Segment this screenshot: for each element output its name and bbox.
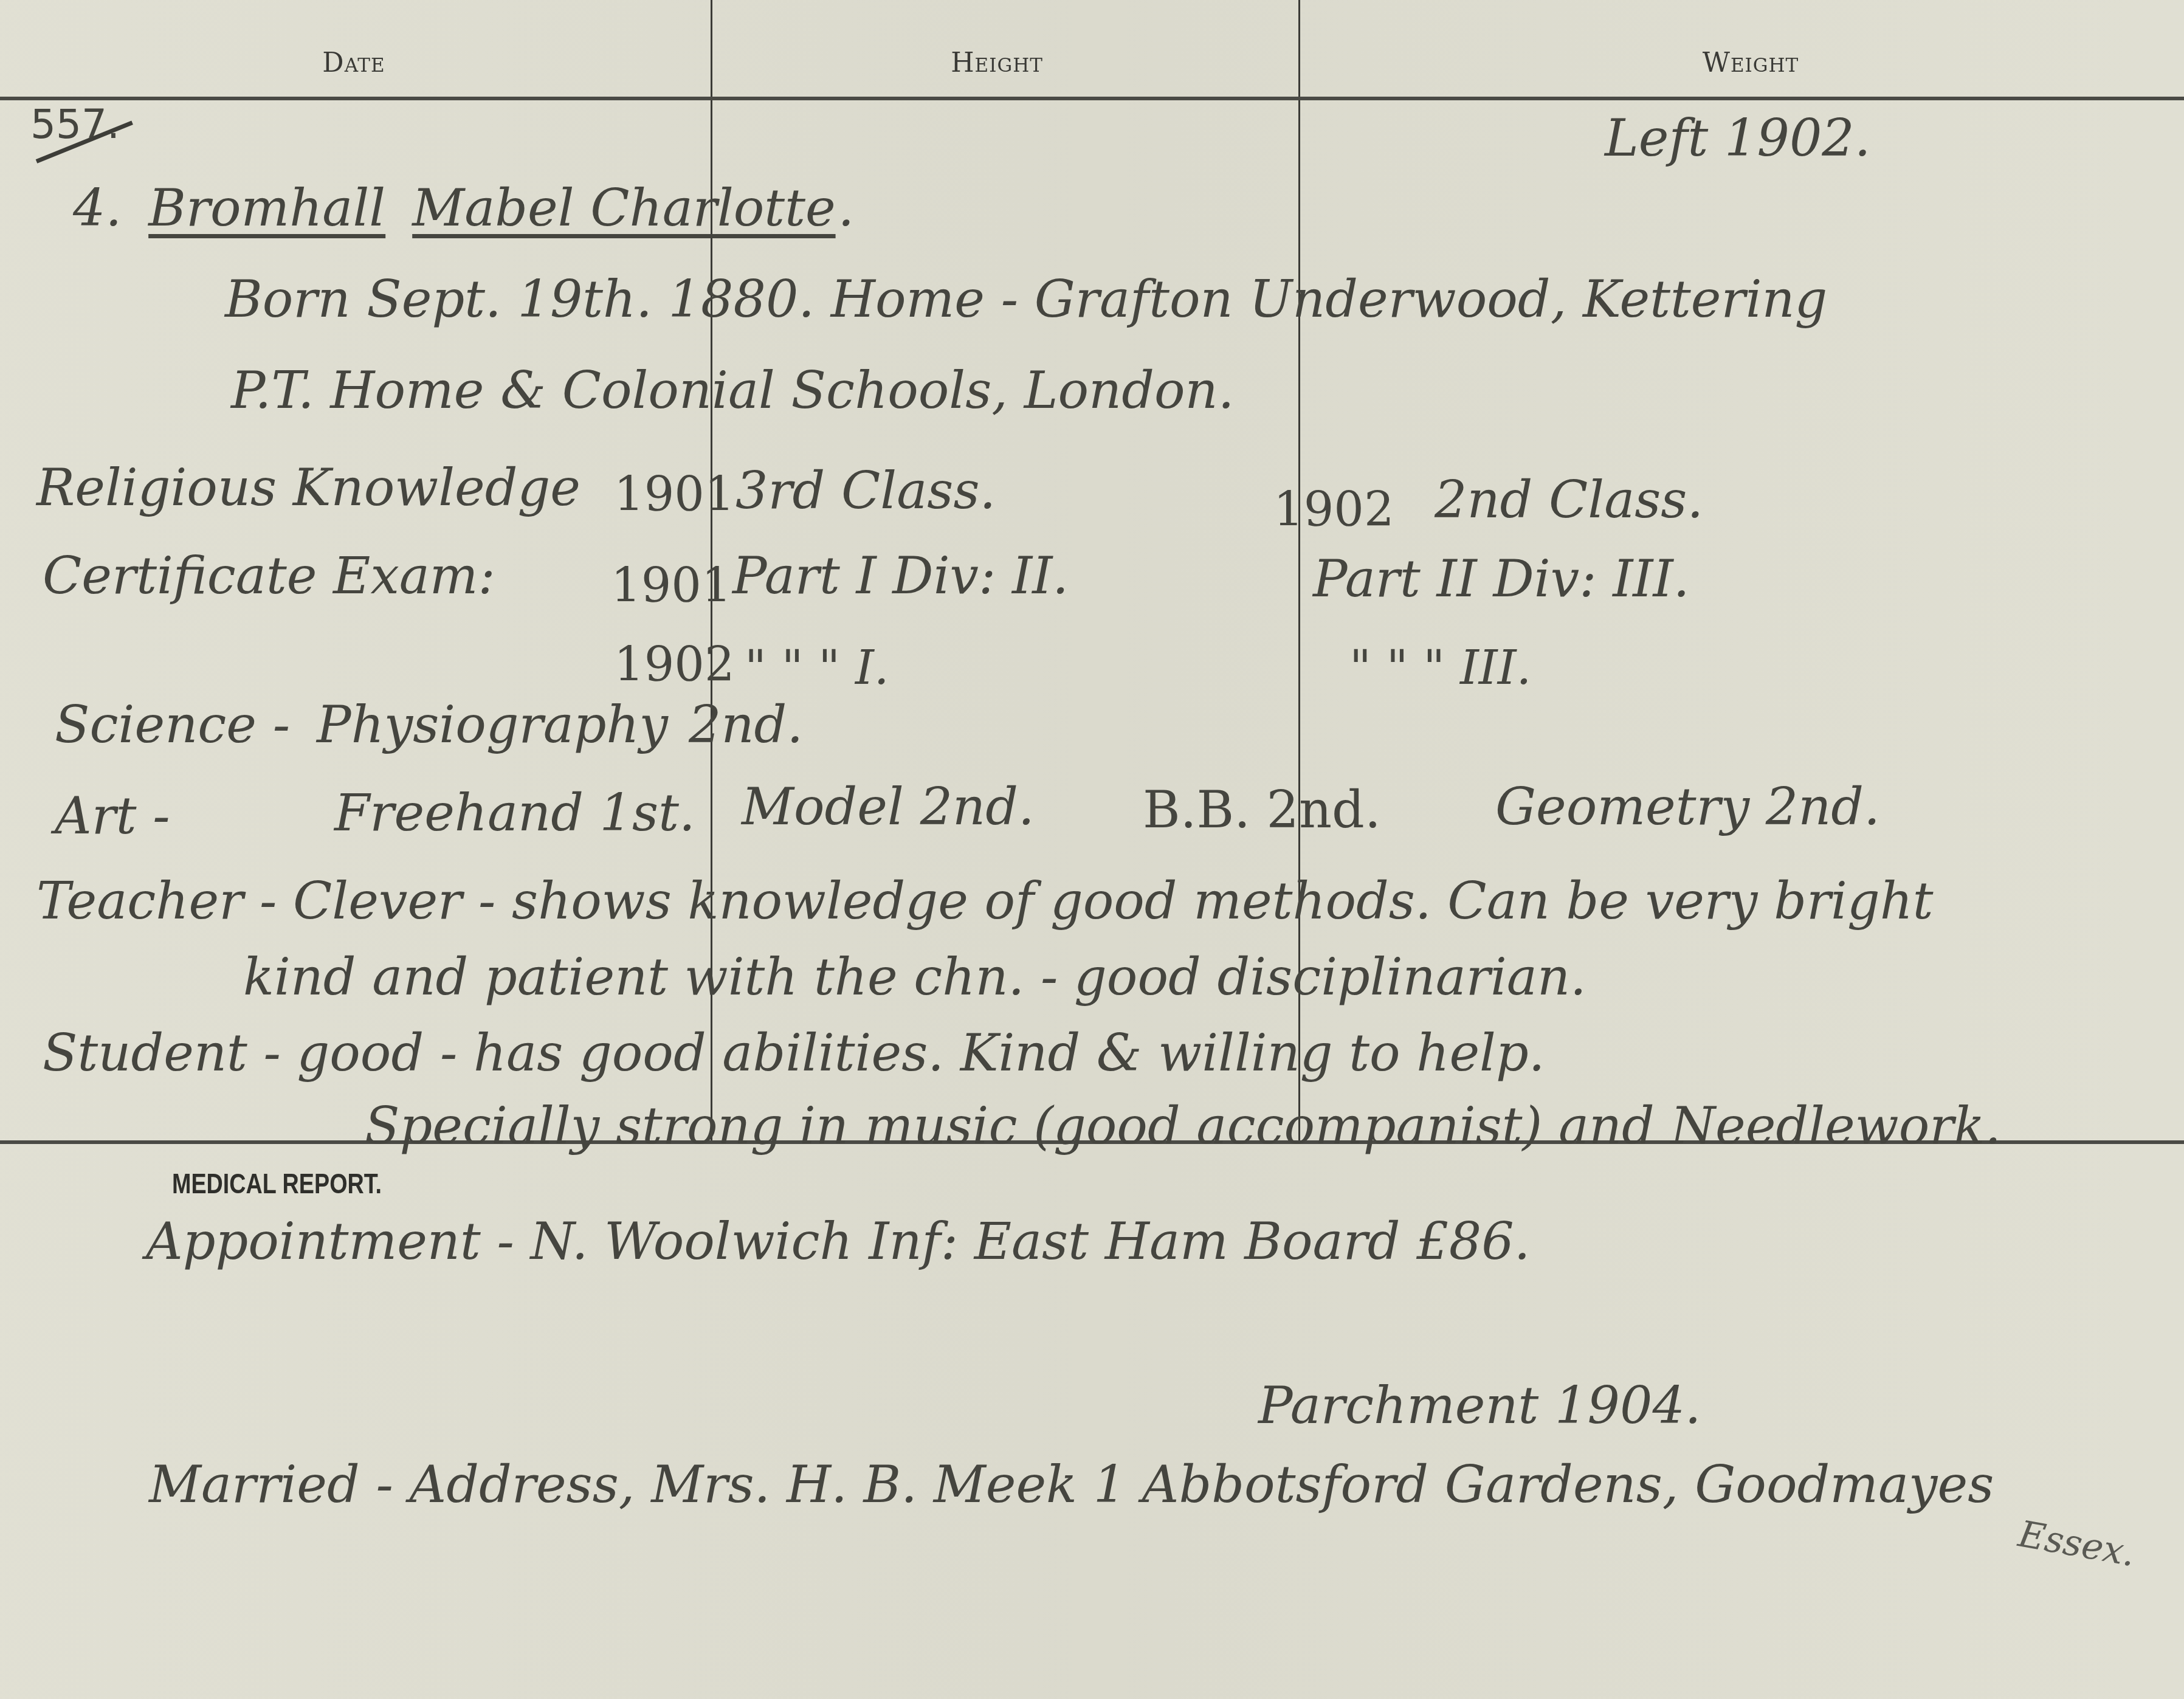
- column-header-date: Date: [322, 47, 385, 78]
- medical-report-label: MEDICAL REPORT.: [172, 1167, 382, 1200]
- science-line: Science - Physiography 2nd.: [55, 699, 803, 750]
- religious-knowledge-result-2: 2nd Class.: [1435, 474, 1703, 525]
- given-names: Mabel Charlotte: [412, 178, 835, 238]
- science-grade: 2nd.: [689, 695, 803, 754]
- art-freehand: Freehand 1st.: [334, 787, 695, 838]
- art-bb: B.B. 2nd.: [1143, 784, 1381, 835]
- art-model: Model 2nd.: [742, 781, 1035, 832]
- parchment-line: Parchment 1904.: [1258, 1380, 1701, 1431]
- student-remark-line-2: Specially strong in music (good accompan…: [365, 1100, 2001, 1151]
- cert-exam-1901-part-2: Part II Div: III.: [1313, 553, 1689, 604]
- cert-exam-1901-part-1: Part I Div: II.: [732, 550, 1069, 601]
- pupil-teacher-line: P.T. Home & Colonial Schools, London.: [231, 365, 1234, 416]
- teacher-remark-line-2: kind and patient with the chn. - good di…: [243, 951, 1586, 1002]
- surname: Bromhall: [148, 178, 385, 238]
- left-note: Left 1902.: [1605, 112, 1871, 164]
- column-header-weight: Weight: [1703, 47, 1799, 78]
- student-remark-line-1: Student - good - has good abilities. Kin…: [43, 1027, 1545, 1078]
- register-page: Date Height Weight 557. Left 1902. 4. Br…: [0, 0, 2184, 1699]
- cert-exam-year-1901: 1901: [611, 562, 732, 610]
- married-address-county: Essex.: [2016, 1516, 2138, 1573]
- header-rule: [0, 97, 2184, 100]
- science-subject: Physiography: [317, 695, 668, 754]
- cert-exam-1902-part-1: " " " I.: [745, 644, 889, 692]
- religious-knowledge-label: Religious Knowledge: [36, 462, 580, 513]
- art-geometry: Geometry 2nd.: [1495, 781, 1880, 832]
- cert-exam-1902-part-2: " " " III.: [1349, 644, 1531, 692]
- record-number: 557.: [30, 105, 120, 145]
- entry-index: 4.: [73, 178, 122, 238]
- religious-knowledge-year-1: 1901: [614, 471, 735, 519]
- religious-knowledge-year-2: 1902: [1273, 486, 1394, 534]
- teacher-remark-line-1: Teacher - Clever - shows knowledge of go…: [36, 875, 1934, 926]
- cert-exam-year-1902: 1902: [614, 641, 735, 689]
- appointment-line: Appointment - N. Woolwich Inf: East Ham …: [146, 1216, 1530, 1267]
- born-home-line: Born Sept. 19th. 1880. Home - Grafton Un…: [225, 274, 1827, 325]
- art-label: Art -: [55, 790, 170, 841]
- married-address-line: Married - Address, Mrs. H. B. Meek 1 Abb…: [149, 1459, 1994, 1510]
- student-name-line: 4. Bromhall Mabel Charlotte .: [73, 182, 854, 233]
- column-header-height: Height: [951, 47, 1043, 78]
- certificate-exam-label: Certificate Exam:: [43, 550, 495, 601]
- name-period: .: [838, 178, 855, 238]
- religious-knowledge-result-1: 3rd Class.: [735, 465, 996, 516]
- science-label: Science -: [55, 695, 290, 754]
